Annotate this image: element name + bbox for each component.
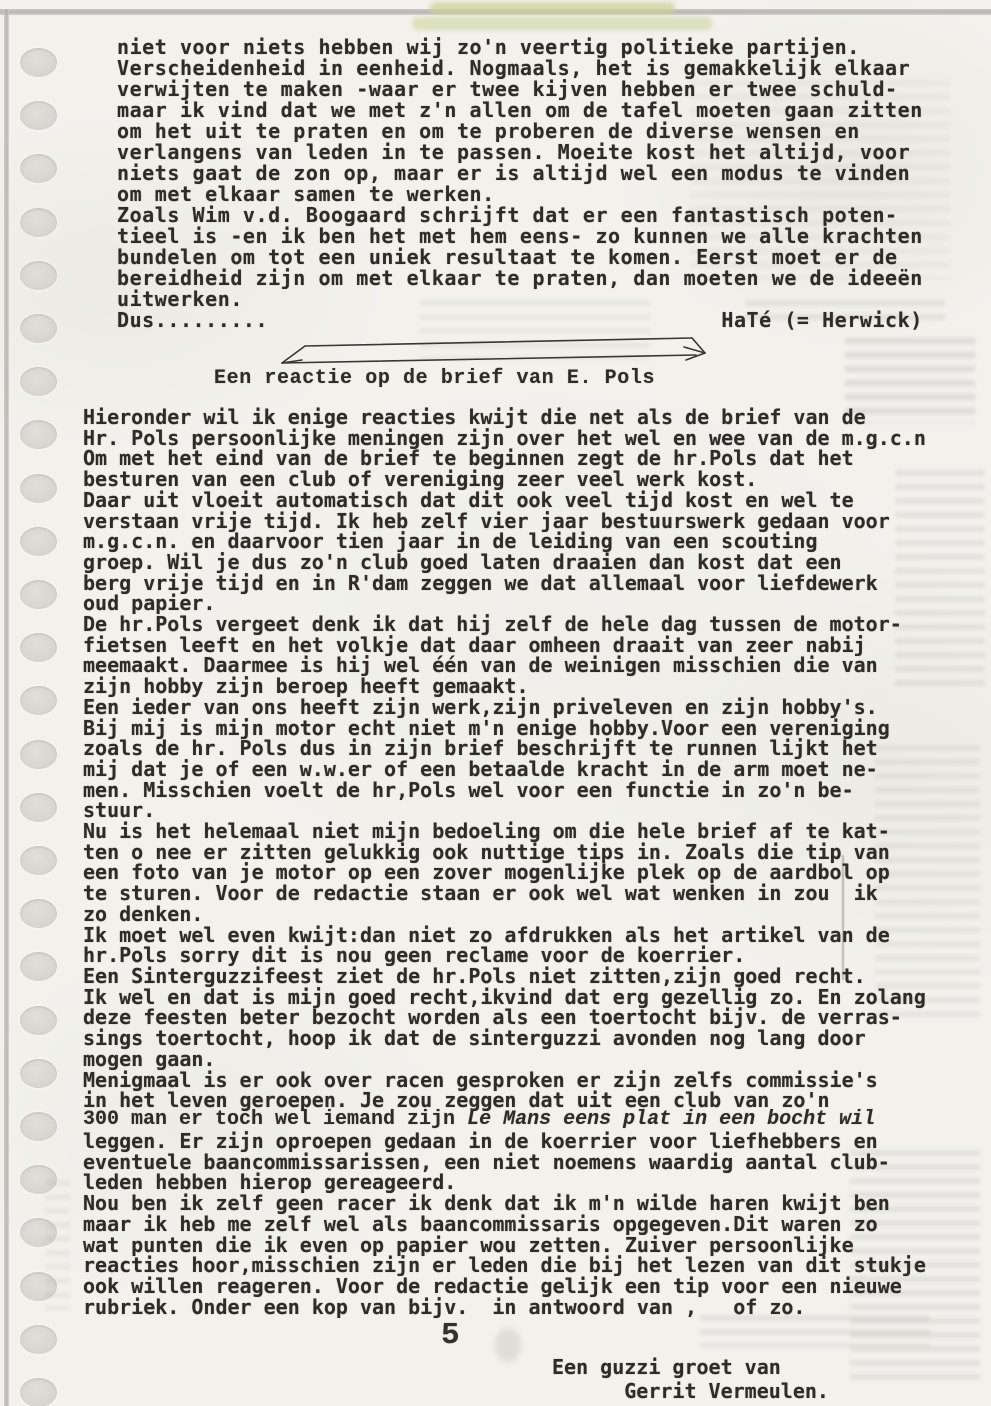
ghost-page-number xyxy=(495,1328,521,1362)
arrow-divider xyxy=(268,331,713,371)
ghost-showthrough-text xyxy=(700,1315,930,1347)
binder-hole xyxy=(20,1006,57,1035)
reaction-letter-text-upper: Hieronder wil ik enige reacties kwijt di… xyxy=(83,407,926,1111)
binder-hole xyxy=(20,793,57,822)
page-left-edge xyxy=(4,9,9,1406)
binder-hole xyxy=(20,48,57,77)
binder-hole xyxy=(20,1378,57,1406)
signature-block: Een guzzi groet van Gerrit Vermeulen. xyxy=(552,1356,829,1403)
binder-hole xyxy=(20,527,57,556)
binder-hole xyxy=(20,899,57,928)
binder-hole xyxy=(20,1218,57,1247)
binder-hole xyxy=(20,1272,57,1301)
binder-hole xyxy=(20,1325,57,1354)
binder-hole xyxy=(20,208,57,237)
ghost-showthrough-title xyxy=(412,17,712,30)
scanned-document-page: niet voor niets hebben wij zo'n veertig … xyxy=(0,0,991,1406)
page-number: 5 xyxy=(441,1318,460,1353)
binder-hole xyxy=(20,314,57,343)
reaction-letter-text-lower: leggen. Er zijn oproepen gedaan in de ko… xyxy=(83,1131,926,1317)
page-top-edge xyxy=(0,9,991,15)
reaction-letter-race-line: 300 man er toch wel iemand zijn Le Mans … xyxy=(83,1110,875,1131)
binder-hole xyxy=(20,580,57,609)
binder-hole xyxy=(20,952,57,981)
binder-hole xyxy=(20,101,57,130)
binder-hole xyxy=(20,633,57,662)
binder-hole xyxy=(20,474,57,503)
binder-hole xyxy=(20,846,57,875)
binder-hole xyxy=(20,420,57,449)
race-line-normal: 300 man er toch wel iemand zijn xyxy=(83,1108,467,1131)
letter-continuation-text: niet voor niets hebben wij zo'n veertig … xyxy=(117,37,923,331)
binder-hole xyxy=(20,686,57,715)
race-line-italic: Le Mans eens plat in een bocht wil xyxy=(467,1108,875,1131)
binder-hole xyxy=(20,1165,57,1194)
binder-hole xyxy=(20,154,57,183)
binder-hole xyxy=(20,367,57,396)
binder-hole xyxy=(20,261,57,290)
binder-hole xyxy=(20,1059,57,1088)
binder-hole xyxy=(20,1112,57,1141)
section-heading: Een reactie op de brief van E. Pols xyxy=(214,367,655,390)
binder-hole xyxy=(20,740,57,769)
